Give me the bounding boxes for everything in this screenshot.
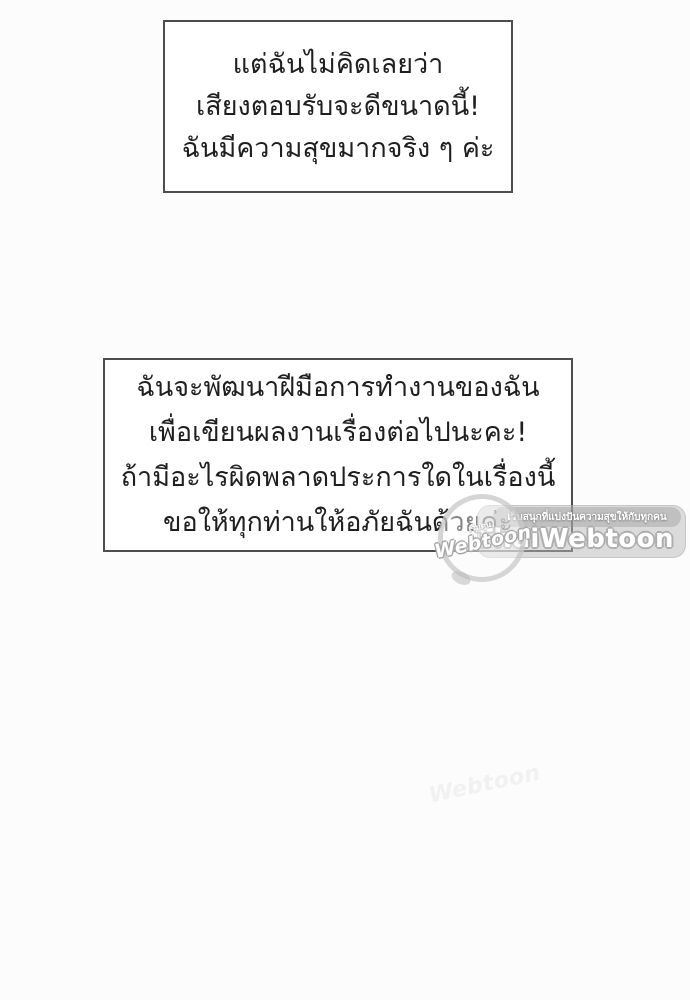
- faint-webtoon-watermark: Webtoon: [427, 760, 543, 808]
- speech-line: เสียงตอบรับจะดีขนาดนี้!: [196, 86, 480, 128]
- speech-line: แต่ฉันไม่คิดเลยว่า: [233, 44, 444, 86]
- speech-line: ฉันมีความสุขมากจริง ๆ ค่ะ: [182, 128, 495, 170]
- speech-line: ขอให้ทุกท่านให้อภัยฉันด้วยค่ะ: [163, 500, 513, 545]
- comic-page: แต่ฉันไม่คิดเลยว่า เสียงตอบรับจะดีขนาดนี…: [0, 0, 690, 1000]
- speech-box-1: แต่ฉันไม่คิดเลยว่า เสียงตอบรับจะดีขนาดนี…: [163, 20, 513, 193]
- speech-box-2: ฉันจะพัฒนาฝีมือการทำงานของฉัน เพื่อเขียน…: [103, 358, 573, 552]
- logo-badge-tail: [449, 568, 472, 587]
- speech-line: ฉันจะพัฒนาฝีมือการทำงานของฉัน: [136, 365, 539, 410]
- speech-line: เพื่อเขียนผลงานเรื่องต่อไปนะคะ!: [149, 410, 527, 455]
- speech-line: ถ้ามีอะไรผิดพลาดประการใดในเรื่องนี้: [121, 455, 556, 500]
